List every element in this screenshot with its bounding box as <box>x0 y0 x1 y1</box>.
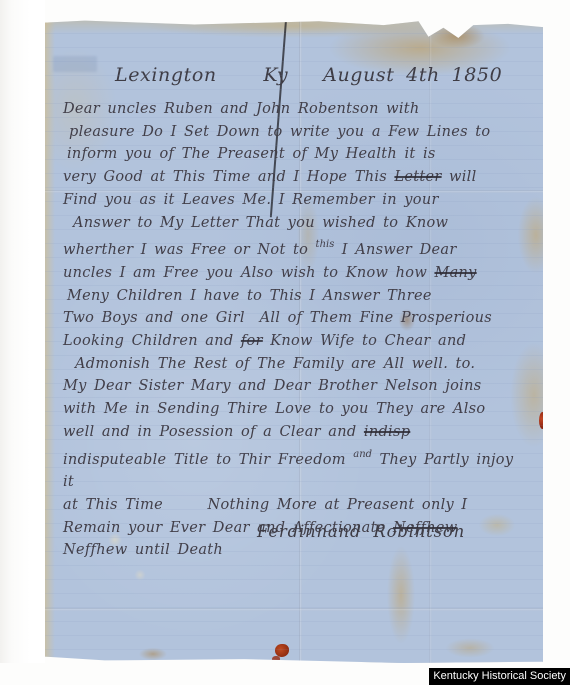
letter-segment: Know Wife to Chear and <box>263 333 466 349</box>
letter-body: Dear uncles Ruben and John Robentson wit… <box>63 98 531 562</box>
letter-segment-sup: and <box>353 449 372 460</box>
letter-segment: Find you as it Leaves Me. I Remember in … <box>63 192 439 208</box>
letter-line: My Dear Sister Mary and Dear Brother Nel… <box>63 375 531 398</box>
scanned-letter-page: Lexington Ky August 4th 1850 Dear uncles… <box>0 0 570 685</box>
letter-line: at This Time Nothing More at Preasent on… <box>63 494 531 517</box>
letter-line: pleasure Do I Set Down to write you a Fe… <box>63 121 531 144</box>
letter-segment: Dear uncles Ruben and John Robentson wit… <box>63 101 420 117</box>
letter-segment: with Me in Sending Thire Love to you The… <box>63 401 485 417</box>
letter-segment: Admonish The Rest of The Family are All … <box>75 356 475 372</box>
wax-seal-spot <box>275 644 289 657</box>
letter-heading: Lexington Ky August 4th 1850 <box>115 64 535 86</box>
letter-line: Meny Children I have to This I Answer Th… <box>63 285 531 308</box>
letter-segment: will <box>442 169 477 185</box>
letter-line: very Good at This Time and I Hope This L… <box>63 166 531 189</box>
letter-line: Find you as it Leaves Me. I Remember in … <box>63 189 531 212</box>
letter-line: Neffhew until Death <box>63 539 531 562</box>
letter-segment: indisputeable Title to Thir Freedom <box>63 452 353 468</box>
letter-line: Two Boys and one Girl All of Them Fine P… <box>63 307 531 330</box>
letter-line: wherther I was Free or Not to this I Ans… <box>63 234 531 262</box>
letter-segment-sup: this <box>316 239 335 250</box>
letter-segment: uncles I am Free you Also wish to Know h… <box>63 265 434 281</box>
letter-segment: Answer to My Letter That you wished to K… <box>73 215 448 231</box>
letter-segment: My Dear Sister Mary and Dear Brother Nel… <box>63 378 481 394</box>
faint-stamp-mark <box>53 56 97 72</box>
letter-line: Admonish The Rest of The Family are All … <box>63 353 531 376</box>
wax-seal-edge-spot <box>539 412 546 429</box>
horizontal-fold-crease <box>45 608 543 611</box>
letter-segment-strike: indisp <box>364 424 410 440</box>
archive-credit-label: Kentucky Historical Society <box>429 668 570 685</box>
letter-paper: Lexington Ky August 4th 1850 Dear uncles… <box>45 20 543 663</box>
letter-segment: Two Boys and one Girl All of Them Fine P… <box>63 310 492 326</box>
letter-line: indisputeable Title to Thir Freedom and … <box>63 444 531 494</box>
letter-line: uncles I am Free you Also wish to Know h… <box>63 262 531 285</box>
letter-segment: Meny Children I have to This I Answer Th… <box>67 288 432 304</box>
letter-segment-strike: Letter <box>394 169 441 185</box>
letter-line: Dear uncles Ruben and John Robentson wit… <box>63 98 531 121</box>
letter-segment: pleasure Do I Set Down to write you a Fe… <box>69 124 490 140</box>
letter-segment: wherther I was Free or Not to <box>63 242 316 258</box>
letter-line: Looking Children and for Know Wife to Ch… <box>63 330 531 353</box>
letter-segment: inform you of The Preasent of My Health … <box>67 146 436 162</box>
letter-segment: Looking Children and <box>63 333 241 349</box>
letter-segment: well and in Posession of a Clear and <box>63 424 364 440</box>
letter-line: inform you of The Preasent of My Health … <box>63 143 531 166</box>
letter-segment: very Good at This Time and I Hope This <box>63 169 394 185</box>
letter-line: well and in Posession of a Clear and ind… <box>63 421 531 444</box>
letter-segment-strike: for <box>241 333 263 349</box>
letter-segment: at This Time Nothing More at Preasent on… <box>63 497 467 513</box>
letter-line: with Me in Sending Thire Love to you The… <box>63 398 531 421</box>
letter-signature: Ferdinnand Robintson <box>257 522 465 541</box>
letter-segment-strike: Many <box>434 265 476 281</box>
letter-segment: Neffhew until Death <box>63 542 223 558</box>
letter-line: Answer to My Letter That you wished to K… <box>63 212 531 235</box>
letter-segment: I Answer Dear <box>334 242 456 258</box>
